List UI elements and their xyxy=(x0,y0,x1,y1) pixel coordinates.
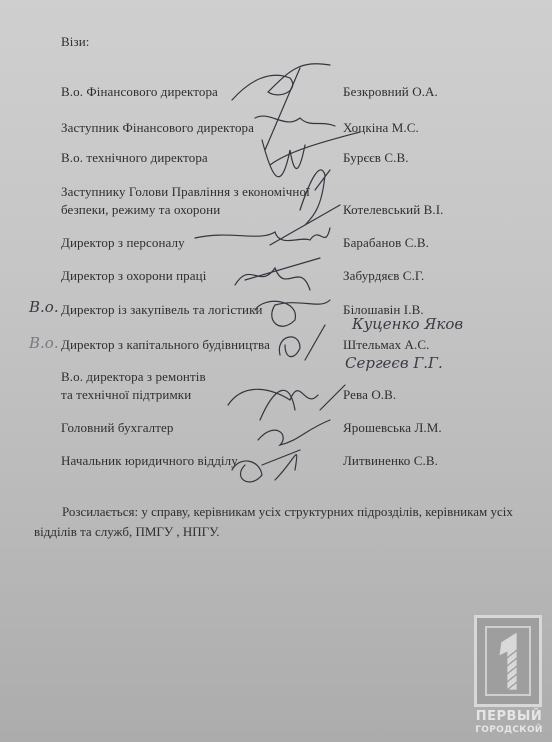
approval-role: Директор з персоналу xyxy=(61,235,185,251)
approval-name: Забурдяєв С.Г. xyxy=(343,268,424,284)
approval-role: В.о. Фінансового директора xyxy=(61,84,218,100)
approval-role: Директор з охорони праці xyxy=(61,268,206,284)
approval-name: Барабанов С.В. xyxy=(343,235,429,251)
handwritten-name: Сергеєв Г.Г. xyxy=(345,354,443,372)
handwritten-prefix: В.о. xyxy=(29,298,59,316)
approval-role: Директор із закупівель та логістики xyxy=(61,302,263,318)
digit-one-logo-icon xyxy=(474,615,542,707)
approval-name: Бурєєв С.В. xyxy=(343,150,409,166)
approval-role-line2: та технічної підтримки xyxy=(61,387,191,403)
approval-role: Начальник юридичного відділу xyxy=(61,453,238,469)
approval-role: В.о. технічного директора xyxy=(61,150,208,166)
handwritten-prefix: В.о. xyxy=(29,334,59,352)
approval-name: Литвиненко С.В. xyxy=(343,453,438,469)
approval-role: Заступник Фінансового директора xyxy=(61,120,254,136)
distribution-paragraph: Розсилається: у справу, керівникам усіх … xyxy=(34,502,514,542)
watermark-logo: ПЕРВЫЙ ГОРОДСКОЙ xyxy=(474,615,544,735)
approval-name: Рева О.В. xyxy=(343,387,396,403)
approval-role-line1: В.о. директора з ремонтів xyxy=(61,369,206,385)
approval-role: Директор з капітального будівництва xyxy=(61,337,270,353)
handwritten-name: Куценко Яков xyxy=(352,315,463,333)
approval-name: Котелевський В.І. xyxy=(343,202,444,218)
approval-role: Головний бухгалтер xyxy=(61,420,174,436)
approval-name: Ярошевська Л.М. xyxy=(343,420,442,436)
approval-name: Хоцкіна М.С. xyxy=(343,120,419,136)
document-page: Візи: В.о. Фінансового директора Безкров… xyxy=(0,0,552,742)
watermark-line2: ГОРОДСКОЙ xyxy=(472,725,546,735)
distribution-line1: Розсилається: у справу, керівникам усіх … xyxy=(62,504,513,519)
approval-name: Штельмах А.С. xyxy=(343,337,430,353)
visas-heading: Візи: xyxy=(61,34,90,50)
approval-role-line2: безпеки, режиму та охорони xyxy=(61,202,220,218)
approval-role-line1: Заступнику Голови Правління з економічно… xyxy=(61,184,310,200)
approval-name: Безкровний О.А. xyxy=(343,84,438,100)
distribution-line2: відділів та служб, ПМГУ , НПГУ. xyxy=(34,522,514,542)
watermark-line1: ПЕРВЫЙ xyxy=(472,709,546,724)
